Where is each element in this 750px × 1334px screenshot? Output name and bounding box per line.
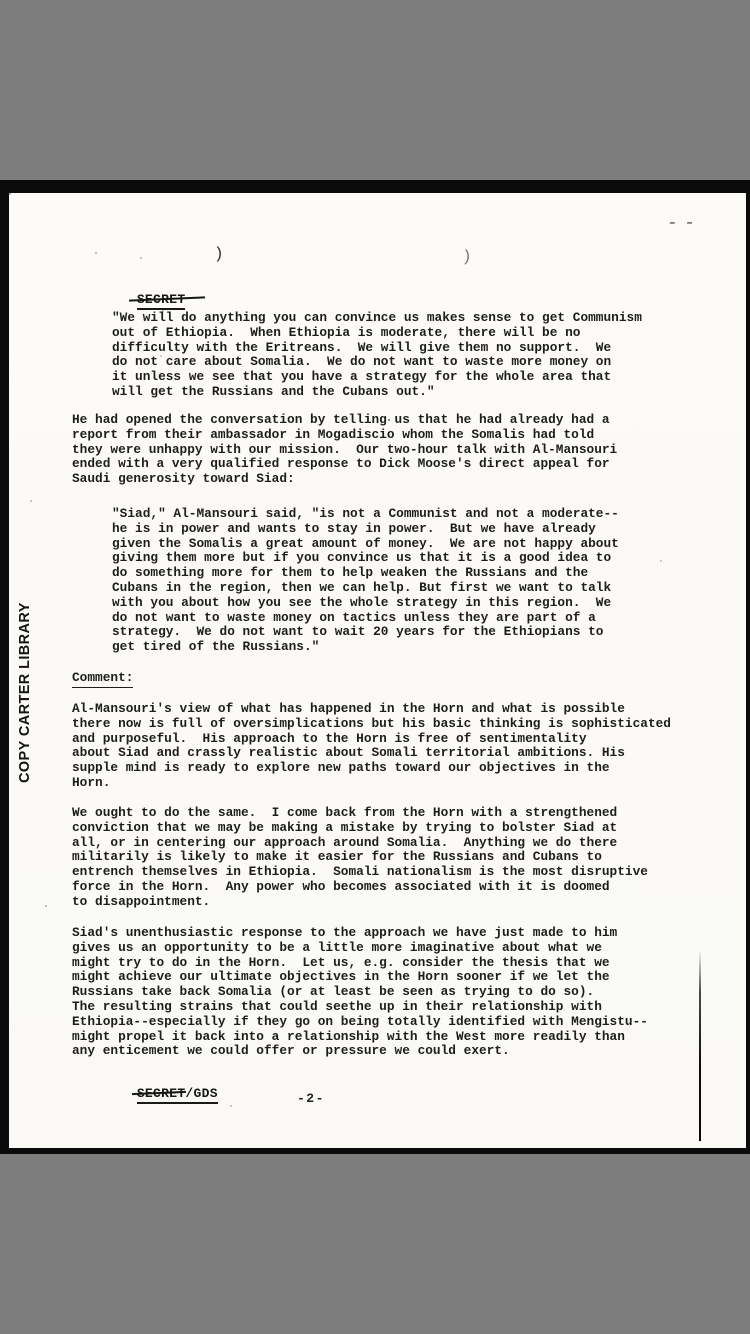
paragraph-we-ought-to-do-same: We ought to do the same. I come back fro…	[72, 806, 648, 910]
footer-classification-suffix: /GDS	[185, 1086, 217, 1101]
copy-carter-library-stamp: COPY CARTER LIBRARY	[13, 613, 37, 783]
footer-classification-underline: SECRET/GDS	[137, 1086, 218, 1104]
page-number: -2-	[297, 1091, 325, 1106]
paragraph-siad-response: Siad's unenthusiastic response to the ap…	[72, 926, 648, 1059]
stray-paren-mark-right: )	[462, 248, 473, 266]
scan-frame: ) ) – – COPY CARTER LIBRARY SECRET "We w…	[0, 180, 750, 1154]
blockquote-al-mansouri-statement: "Siad," Al-Mansouri said, "is not a Comm…	[112, 507, 619, 655]
paragraph-al-mansouri-view: Al-Mansouri's view of what has happened …	[72, 702, 671, 791]
stray-paren-mark-left: )	[214, 245, 224, 263]
footer-classification-secret: SECRET	[137, 1086, 186, 1101]
scan-noise-specks	[9, 193, 11, 195]
document-page: ) ) – – COPY CARTER LIBRARY SECRET "We w…	[9, 193, 746, 1148]
header-classification-text: SECRET	[137, 292, 186, 310]
page-crease-line	[699, 950, 701, 1141]
paragraph-conversation-opening: He had opened the conversation by tellin…	[72, 413, 617, 487]
corner-dashes-mark: – –	[669, 218, 695, 230]
comment-section-heading: Comment:	[72, 671, 133, 688]
blockquote-saudi-message: "We will do anything you can convince us…	[112, 311, 642, 400]
footer-classification: SECRET/GDS	[72, 1071, 218, 1119]
scanned-document-view: ) ) – – COPY CARTER LIBRARY SECRET "We w…	[0, 0, 750, 1334]
